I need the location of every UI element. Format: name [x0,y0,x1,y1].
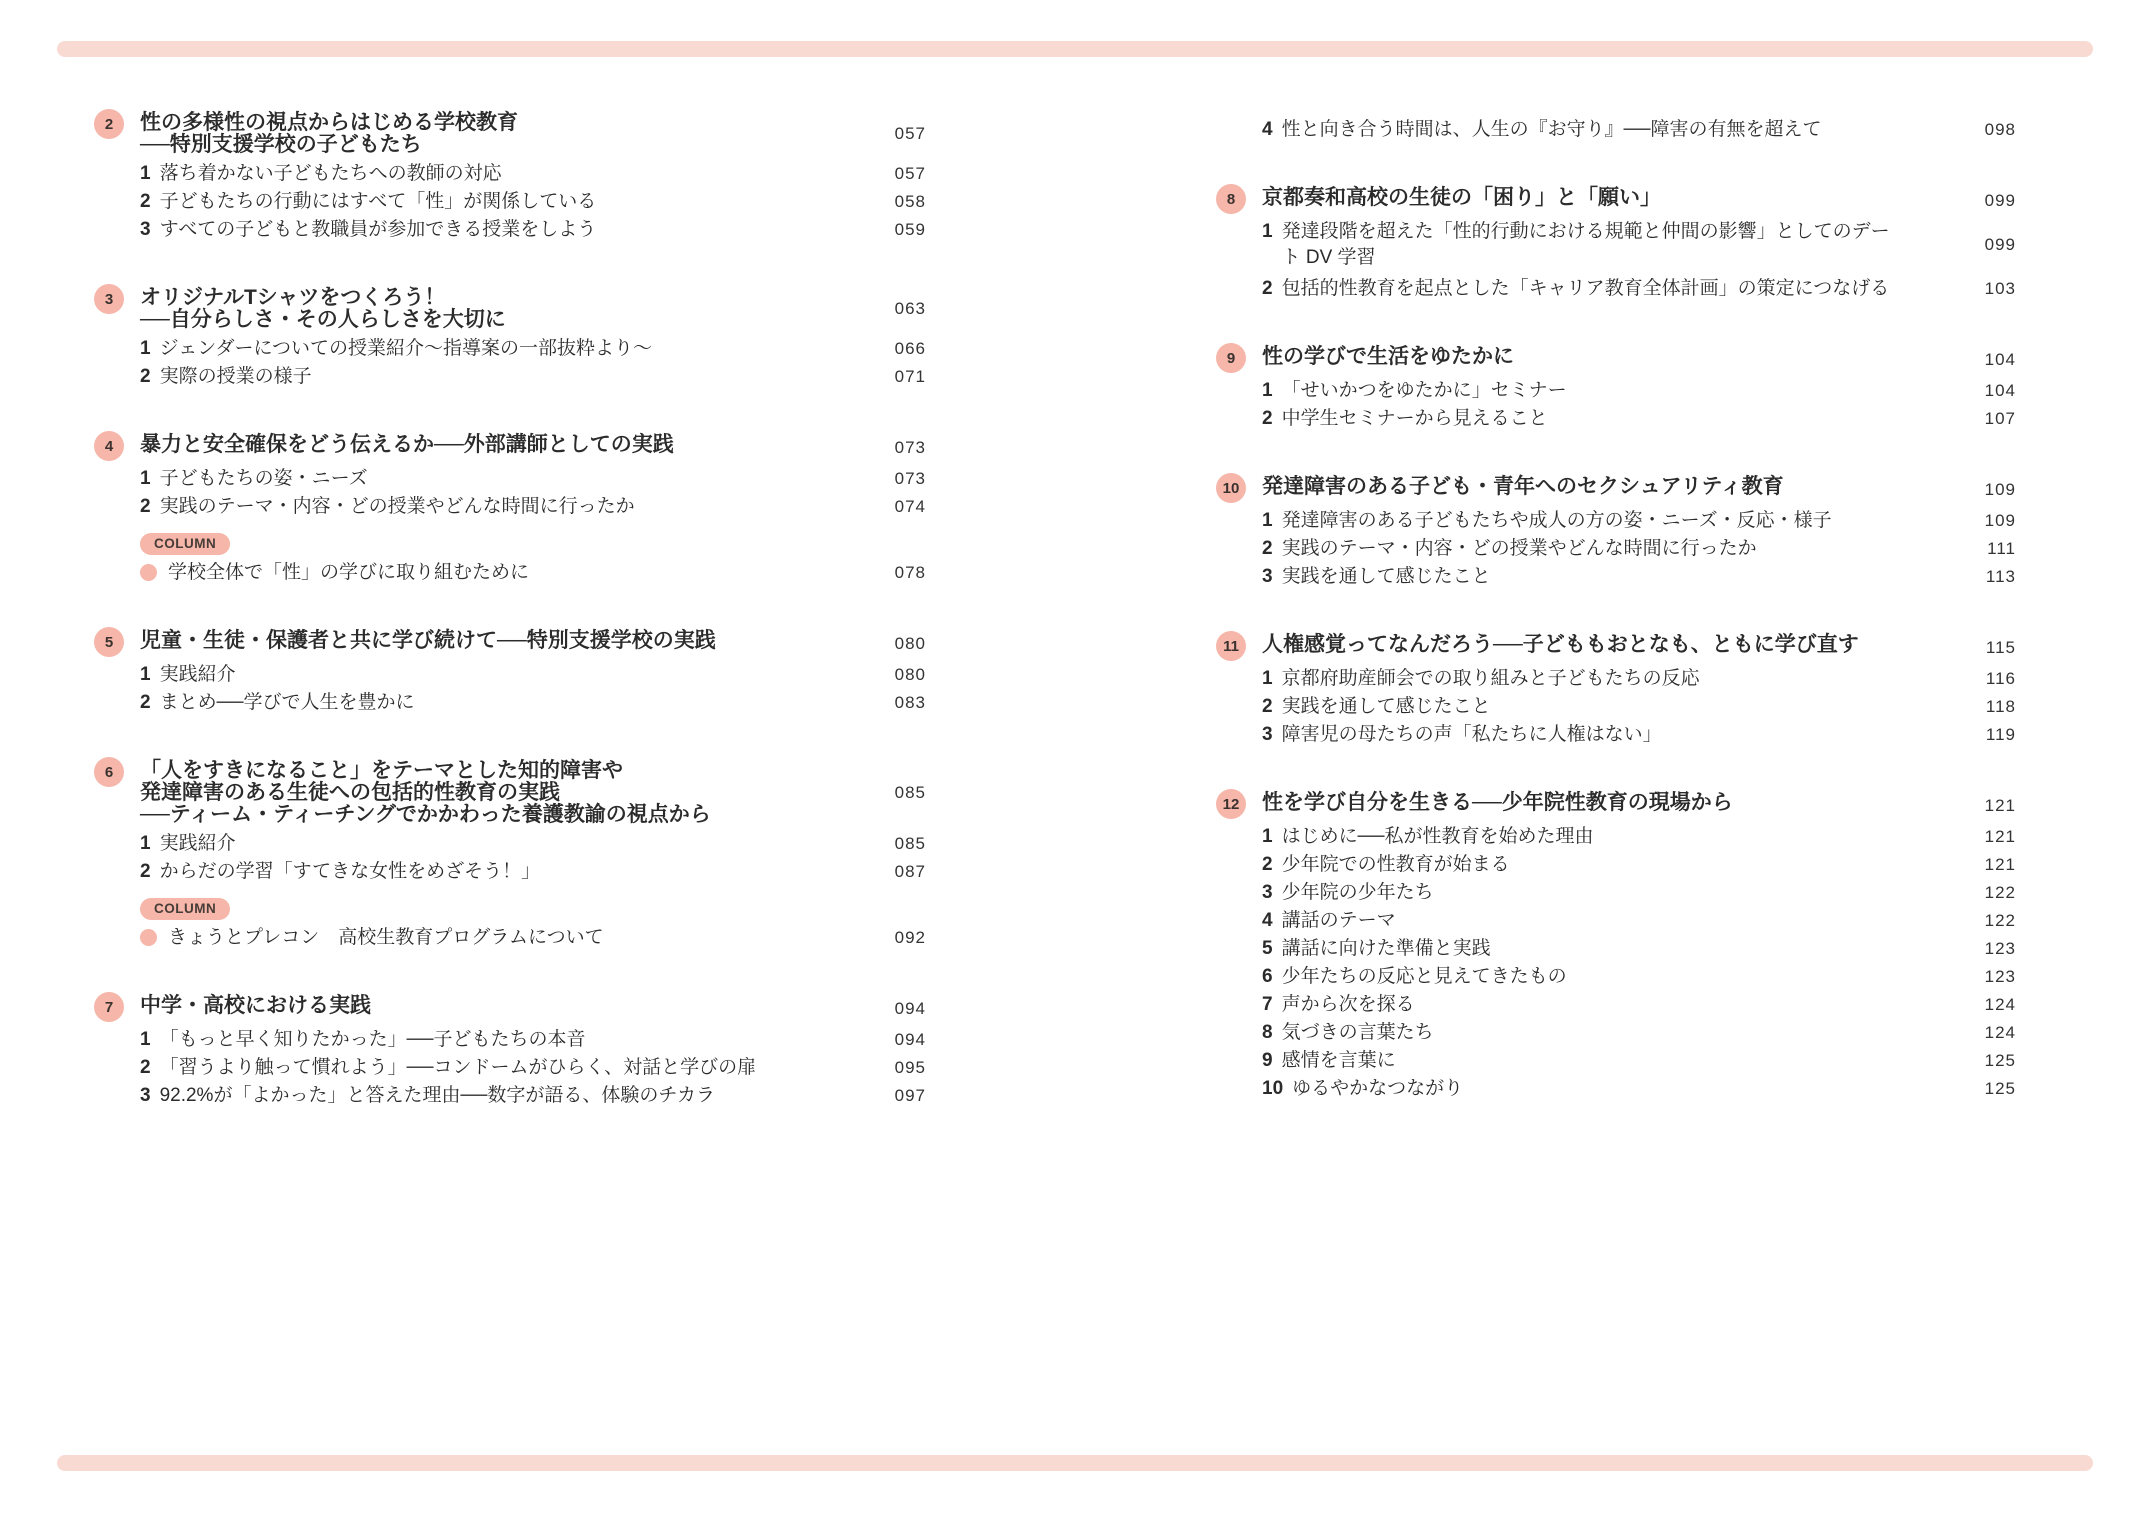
entry-title: すべての子どもと教職員が参加できる授業をしよう [160,219,881,240]
section-header: 2性の多様性の視点からはじめる学校教育──特別支援学校の子どもたち057 [94,112,926,156]
section-title-line: 発達障害のある生徒への包括的性教育の実践 [140,782,881,804]
entry-number: 1 [140,833,151,854]
toc-entry: 8気づきの言葉たち124 [1262,1022,2016,1043]
section-header: 4暴力と安全確保をどう伝えるか──外部講師としての実践073 [94,434,926,461]
section-page-number: 115 [1986,638,2016,658]
entry-page-number: 058 [895,191,926,212]
entry-page-number: 121 [1985,854,2016,875]
entry-number: 2 [140,692,151,713]
entry-title: 発達段階を超えた「性的行動における規範と仲間の影響」としてのデート DV 学習 [1282,219,1971,271]
entry-page-number: 066 [895,338,926,359]
entry-number: 2 [1262,408,1273,429]
section-header: 10発達障害のある子ども・青年へのセクシュアリティ教育109 [1216,476,2016,503]
entry-number: 6 [1262,966,1273,987]
toc-entry: 9感情を言葉に125 [1262,1050,2016,1071]
entry-number: 1 [1262,826,1273,847]
entry-page-number: 104 [1985,380,2016,401]
entry-page-number: 109 [1985,510,2016,531]
section-title: 児童・生徒・保護者と共に学び続けて──特別支援学校の実践 [140,630,881,652]
section-page-number: 121 [1985,796,2016,816]
toc-entry: 2実践のテーマ・内容・どの授業やどんな時間に行ったか074 [140,496,926,517]
entry-page-number: 073 [895,468,926,489]
entry-number: 2 [1262,696,1273,717]
section-title-line: 児童・生徒・保護者と共に学び続けて──特別支援学校の実践 [140,630,881,652]
toc-entry: 3すべての子どもと教職員が参加できる授業をしよう059 [140,219,926,240]
toc-section: 7中学・高校における実践0941「もっと早く知りたかった」──子どもたちの本音0… [94,995,926,1106]
section-title-line: 暴力と安全確保をどう伝えるか──外部講師としての実践 [140,434,881,456]
entry-page-number: 116 [1986,668,2016,689]
entry-title: 子どもたちの姿・ニーズ [160,468,881,489]
section-title-line: 発達障害のある子ども・青年へのセクシュアリティ教育 [1262,476,1971,498]
section-entries: 1京都府助産師会での取り組みと子どもたちの反応1162実践を通して感じたこと11… [1262,668,2016,745]
toc-section: 12性を学び自分を生きる──少年院性教育の現場から1211はじめに──私が性教育… [1216,792,2016,1099]
entry-number: 1 [1262,668,1273,689]
toc-entry: 2包括的性教育を起点とした「キャリア教育全体計画」の策定につなげる103 [1262,278,2016,299]
column-label-row: COLUMN [140,533,926,555]
entry-page-number: 095 [895,1057,926,1078]
section-title-line: ──特別支援学校の子どもたち [140,134,881,156]
section-entries: 4性と向き合う時間は、人生の『お守り』──障害の有無を超えて098 [1262,119,2016,140]
entry-page-number: 123 [1985,966,2016,987]
entry-number: 2 [1262,538,1273,559]
entry-number: 3 [140,1085,151,1106]
entry-title: 実践のテーマ・内容・どの授業やどんな時間に行ったか [160,496,881,517]
toc-entry: 2まとめ──学びで人生を豊かに083 [140,692,926,713]
entry-page-number: 119 [1986,724,2016,745]
toc-section: 9性の学びで生活をゆたかに1041「せいかつをゆたかに」セミナー1042中学生セ… [1216,346,2016,429]
section-header: 9性の学びで生活をゆたかに104 [1216,346,2016,373]
toc-entry: 1子どもたちの姿・ニーズ073 [140,468,926,489]
section-header: 12性を学び自分を生きる──少年院性教育の現場から121 [1216,792,2016,819]
entry-number: 3 [1262,566,1273,587]
toc-section: 2性の多様性の視点からはじめる学校教育──特別支援学校の子どもたち0571落ち着… [94,112,926,240]
section-entries: 1発達障害のある子どもたちや成人の方の姿・ニーズ・反応・様子1092実践のテーマ… [1262,510,2016,587]
entry-number: 2 [140,496,151,517]
entry-title: 性と向き合う時間は、人生の『お守り』──障害の有無を超えて [1282,119,1971,140]
toc-entry: 1ジェンダーについての授業紹介～指導案の一部抜粋より～066 [140,338,926,359]
entry-title: 学校全体で「性」の学びに取り組むために [168,562,881,583]
entry-page-number: 078 [895,562,926,583]
section-title: 人権感覚ってなんだろう──子どももおとなも、ともに学び直す [1262,634,1972,656]
column-entry: 学校全体で「性」の学びに取り組むために078 [140,562,926,583]
entry-page-number: 099 [1985,232,2016,258]
toc-section: 3オリジナルTシャツをつくろう！──自分らしさ・その人らしさを大切に0631ジェ… [94,287,926,387]
entry-page-number: 103 [1985,278,2016,299]
entry-title: 実践紹介 [160,833,881,854]
toc-entry: 1京都府助産師会での取り組みと子どもたちの反応116 [1262,668,2016,689]
entry-page-number: 097 [895,1085,926,1106]
section-page-number: 094 [895,999,926,1019]
entry-title: 包括的性教育を起点とした「キャリア教育全体計画」の策定につなげる [1282,278,1971,299]
section-title: 発達障害のある子ども・青年へのセクシュアリティ教育 [1262,476,1971,498]
section-title-line: 京都奏和高校の生徒の「困り」と「願い」 [1262,187,1971,209]
entry-page-number: 118 [1986,696,2016,717]
section-title-line: 性を学び自分を生きる──少年院性教育の現場から [1262,792,1971,814]
section-number-badge: 3 [94,284,124,314]
entry-title-line: ト DV 学習 [1282,245,1971,271]
section-title-line: 性の学びで生活をゆたかに [1262,346,1971,368]
entry-page-number: 122 [1985,882,2016,903]
entry-title: はじめに──私が性教育を始めた理由 [1282,826,1971,847]
section-title: 性の多様性の視点からはじめる学校教育──特別支援学校の子どもたち [140,112,881,156]
section-number-badge: 12 [1216,789,1246,819]
toc-section: 11人権感覚ってなんだろう──子どももおとなも、ともに学び直す1151京都府助産… [1216,634,2016,745]
section-number-badge: 5 [94,627,124,657]
toc-section: 10発達障害のある子ども・青年へのセクシュアリティ教育1091発達障害のある子ど… [1216,476,2016,587]
entry-title: まとめ──学びで人生を豊かに [160,692,881,713]
toc-entry: 2実際の授業の様子071 [140,366,926,387]
entry-page-number: 123 [1985,938,2016,959]
entry-number: 10 [1262,1078,1283,1099]
entry-number: 2 [140,1057,151,1078]
toc-entry: 3実践を通して感じたこと113 [1262,566,2016,587]
column-bullet-icon [140,929,157,946]
toc-section: 8京都奏和高校の生徒の「困り」と「願い」0991発達段階を超えた「性的行動におけ… [1216,187,2016,299]
entry-number: 8 [1262,1022,1273,1043]
entry-number: 1 [140,1029,151,1050]
toc-section: 4性と向き合う時間は、人生の『お守り』──障害の有無を超えて098 [1216,119,2016,140]
toc-section: 5児童・生徒・保護者と共に学び続けて──特別支援学校の実践0801実践紹介080… [94,630,926,713]
entry-title: ジェンダーについての授業紹介～指導案の一部抜粋より～ [160,338,881,359]
entry-number: 4 [1262,119,1273,140]
entry-title: 「習うより触って慣れよう」──コンドームがひらく、対話と学びの扉 [160,1057,881,1078]
entry-title: 実践を通して感じたこと [1282,566,1972,587]
toc-entry: 1はじめに──私が性教育を始めた理由121 [1262,826,2016,847]
entry-number: 3 [1262,882,1273,903]
bottom-decorative-bar [57,1455,2093,1471]
entry-page-number: 121 [1985,826,2016,847]
column-badge: COLUMN [140,533,230,555]
toc-entry: 2子どもたちの行動にはすべて「性」が関係している058 [140,191,926,212]
section-number-badge: 7 [94,992,124,1022]
top-decorative-bar [57,41,2093,57]
entry-number: 4 [1262,910,1273,931]
section-entries: 1はじめに──私が性教育を始めた理由1212少年院での性教育が始まる1213少年… [1262,826,2016,1099]
entry-number: 7 [1262,994,1273,1015]
entry-title: 少年院での性教育が始まる [1282,854,1971,875]
entry-page-number: 085 [895,833,926,854]
entry-title: からだの学習「すてきな女性をめざそう！」 [160,861,881,882]
entry-number: 9 [1262,1050,1273,1071]
entry-page-number: 098 [1985,119,2016,140]
entry-title: 中学生セミナーから見えること [1282,408,1971,429]
section-title: 暴力と安全確保をどう伝えるか──外部講師としての実践 [140,434,881,456]
section-page-number: 063 [895,299,926,319]
toc-entry: 1実践紹介080 [140,664,926,685]
toc-entry: 392.2%が「よかった」と答えた理由──数字が語る、体験のチカラ097 [140,1085,926,1106]
section-title-line: ──自分らしさ・その人らしさを大切に [140,309,881,331]
entry-number: 2 [140,191,151,212]
section-page-number: 057 [895,124,926,144]
entry-title: 感情を言葉に [1282,1050,1971,1071]
section-entries: 1発達段階を超えた「性的行動における規範と仲間の影響」としてのデート DV 学習… [1262,219,2016,299]
toc-entry: 1実践紹介085 [140,833,926,854]
entry-page-number: 125 [1985,1050,2016,1071]
entry-number: 1 [1262,380,1273,401]
section-page-number: 073 [895,438,926,458]
entry-page-number: 125 [1985,1078,2016,1099]
section-entries: 1「もっと早く知りたかった」──子どもたちの本音0942「習うより触って慣れよう… [140,1029,926,1106]
entry-title: 実際の授業の様子 [160,366,881,387]
entry-page-number: 074 [895,496,926,517]
entry-page-number: 092 [895,927,926,948]
column-badge: COLUMN [140,898,230,920]
entry-number: 2 [1262,854,1273,875]
entry-title: 子どもたちの行動にはすべて「性」が関係している [160,191,881,212]
entry-title: 実践のテーマ・内容・どの授業やどんな時間に行ったか [1282,538,1974,559]
entry-page-number: 124 [1985,1022,2016,1043]
entry-title: 声から次を探る [1282,994,1971,1015]
entry-title: 92.2%が「よかった」と答えた理由──数字が語る、体験のチカラ [160,1085,881,1106]
section-header: 5児童・生徒・保護者と共に学び続けて──特別支援学校の実践080 [94,630,926,657]
entry-page-number: 094 [895,1029,926,1050]
entry-title: 実践紹介 [160,664,881,685]
toc-entry: 1「せいかつをゆたかに」セミナー104 [1262,380,2016,401]
entry-title: 気づきの言葉たち [1282,1022,1971,1043]
toc-entry: 2実践を通して感じたこと118 [1262,696,2016,717]
section-title: 性の学びで生活をゆたかに [1262,346,1971,368]
entry-page-number: 113 [1986,566,2016,587]
section-number-badge: 6 [94,757,124,787]
toc-entry: 2からだの学習「すてきな女性をめざそう！」087 [140,861,926,882]
section-title-line: 「人をすきになること」をテーマとした知的障害や [140,760,881,782]
section-title-line: ──ティーム・ティーチングでかかわった養護教諭の視点から [140,804,881,826]
entry-title: 「せいかつをゆたかに」セミナー [1282,380,1971,401]
entry-title: 障害児の母たちの声「私たちに人権はない」 [1282,724,1972,745]
toc-entry: 2実践のテーマ・内容・どの授業やどんな時間に行ったか111 [1262,538,2016,559]
toc-column-left: 2性の多様性の視点からはじめる学校教育──特別支援学校の子どもたち0571落ち着… [94,112,926,1153]
section-header: 6「人をすきになること」をテーマとした知的障害や発達障害のある生徒への包括的性教… [94,760,926,826]
entry-number: 1 [140,338,151,359]
entry-title: 講話のテーマ [1282,910,1971,931]
column-entry: きょうとプレコン 高校生教育プログラムについて092 [140,927,926,948]
entry-title: 実践を通して感じたこと [1282,696,1972,717]
entry-page-number: 057 [895,163,926,184]
section-title: 京都奏和高校の生徒の「困り」と「願い」 [1262,187,1971,209]
toc-entry: 3少年院の少年たち122 [1262,882,2016,903]
entry-page-number: 087 [895,861,926,882]
section-number-badge: 2 [94,109,124,139]
entry-title: ゆるやかなつながり [1292,1078,1970,1099]
section-title: 性を学び自分を生きる──少年院性教育の現場から [1262,792,1971,814]
entry-page-number: 124 [1985,994,2016,1015]
section-title: オリジナルTシャツをつくろう！──自分らしさ・その人らしさを大切に [140,287,881,331]
entry-number: 2 [140,861,151,882]
section-page-number: 109 [1985,480,2016,500]
section-page-number: 085 [895,783,926,803]
entry-page-number: 111 [1987,538,2016,559]
toc-entry: 7声から次を探る124 [1262,994,2016,1015]
toc-column-right: 4性と向き合う時間は、人生の『お守り』──障害の有無を超えて0988京都奏和高校… [1216,112,2016,1146]
entry-title: 発達障害のある子どもたちや成人の方の姿・ニーズ・反応・様子 [1282,510,1971,531]
entry-page-number: 071 [895,366,926,387]
entry-number: 2 [1262,278,1273,299]
toc-page: 2性の多様性の視点からはじめる学校教育──特別支援学校の子どもたち0571落ち着… [0,0,2150,1518]
section-title-line: オリジナルTシャツをつくろう！ [140,287,881,309]
entry-title: 落ち着かない子どもたちへの教師の対応 [160,163,881,184]
entry-page-number: 083 [895,692,926,713]
toc-entry: 5講話に向けた準備と実践123 [1262,938,2016,959]
section-number-badge: 11 [1216,631,1246,661]
entry-number: 3 [1262,724,1273,745]
toc-entry: 1「もっと早く知りたかった」──子どもたちの本音094 [140,1029,926,1050]
section-entries: 1実践紹介0852からだの学習「すてきな女性をめざそう！」087COLUMNきょ… [140,833,926,948]
toc-entry: 10ゆるやかなつながり125 [1262,1078,2016,1099]
entry-title: 「もっと早く知りたかった」──子どもたちの本音 [160,1029,881,1050]
toc-section: 4暴力と安全確保をどう伝えるか──外部講師としての実践0731子どもたちの姿・ニ… [94,434,926,583]
toc-entry: 2「習うより触って慣れよう」──コンドームがひらく、対話と学びの扉095 [140,1057,926,1078]
entry-page-number: 122 [1985,910,2016,931]
toc-entry: 4講話のテーマ122 [1262,910,2016,931]
entry-page-number: 059 [895,219,926,240]
entry-page-number: 107 [1985,408,2016,429]
section-number-badge: 8 [1216,184,1246,214]
section-page-number: 080 [895,634,926,654]
section-title: 「人をすきになること」をテーマとした知的障害や発達障害のある生徒への包括的性教育… [140,760,881,826]
column-label-row: COLUMN [140,898,926,920]
toc-entry: 2中学生セミナーから見えること107 [1262,408,2016,429]
toc-entry: 2少年院での性教育が始まる121 [1262,854,2016,875]
entry-number: 1 [140,664,151,685]
section-entries: 1子どもたちの姿・ニーズ0732実践のテーマ・内容・どの授業やどんな時間に行った… [140,468,926,583]
toc-entry: 1発達段階を超えた「性的行動における規範と仲間の影響」としてのデート DV 学習… [1262,219,2016,271]
section-header: 11人権感覚ってなんだろう──子どももおとなも、ともに学び直す115 [1216,634,2016,661]
toc-entry: 1落ち着かない子どもたちへの教師の対応057 [140,163,926,184]
toc-entry: 1発達障害のある子どもたちや成人の方の姿・ニーズ・反応・様子109 [1262,510,2016,531]
section-page-number: 104 [1985,350,2016,370]
section-title: 中学・高校における実践 [140,995,881,1017]
section-title-line: 中学・高校における実践 [140,995,881,1017]
section-entries: 1落ち着かない子どもたちへの教師の対応0572子どもたちの行動にはすべて「性」が… [140,163,926,240]
section-header: 3オリジナルTシャツをつくろう！──自分らしさ・その人らしさを大切に063 [94,287,926,331]
section-entries: 1「せいかつをゆたかに」セミナー1042中学生セミナーから見えること107 [1262,380,2016,429]
toc-entry: 4性と向き合う時間は、人生の『お守り』──障害の有無を超えて098 [1262,119,2016,140]
toc-section: 6「人をすきになること」をテーマとした知的障害や発達障害のある生徒への包括的性教… [94,760,926,948]
entry-title: きょうとプレコン 高校生教育プログラムについて [168,927,881,948]
section-number-badge: 9 [1216,343,1246,373]
entry-number: 3 [140,219,151,240]
entry-number: 5 [1262,938,1273,959]
entry-title: 少年院の少年たち [1282,882,1971,903]
section-header: 8京都奏和高校の生徒の「困り」と「願い」099 [1216,187,2016,214]
section-number-badge: 4 [94,431,124,461]
section-entries: 1ジェンダーについての授業紹介～指導案の一部抜粋より～0662実際の授業の様子0… [140,338,926,387]
entry-page-number: 080 [895,664,926,685]
entry-number: 1 [1262,510,1273,531]
entry-number: 1 [140,163,151,184]
entry-number: 2 [140,366,151,387]
section-number-badge: 10 [1216,473,1246,503]
section-title-line: 性の多様性の視点からはじめる学校教育 [140,112,881,134]
column-bullet-icon [140,564,157,581]
entry-number: 1 [1262,219,1273,245]
section-entries: 1実践紹介0802まとめ──学びで人生を豊かに083 [140,664,926,713]
toc-entry: 3障害児の母たちの声「私たちに人権はない」119 [1262,724,2016,745]
section-page-number: 099 [1985,191,2016,211]
entry-title: 少年たちの反応と見えてきたもの [1282,966,1971,987]
section-header: 7中学・高校における実践094 [94,995,926,1022]
section-title-line: 人権感覚ってなんだろう──子どももおとなも、ともに学び直す [1262,634,1972,656]
toc-entry: 6少年たちの反応と見えてきたもの123 [1262,966,2016,987]
entry-title-line: 発達段階を超えた「性的行動における規範と仲間の影響」としてのデー [1282,219,1971,245]
entry-title: 講話に向けた準備と実践 [1282,938,1971,959]
entry-title: 京都府助産師会での取り組みと子どもたちの反応 [1282,668,1972,689]
entry-number: 1 [140,468,151,489]
